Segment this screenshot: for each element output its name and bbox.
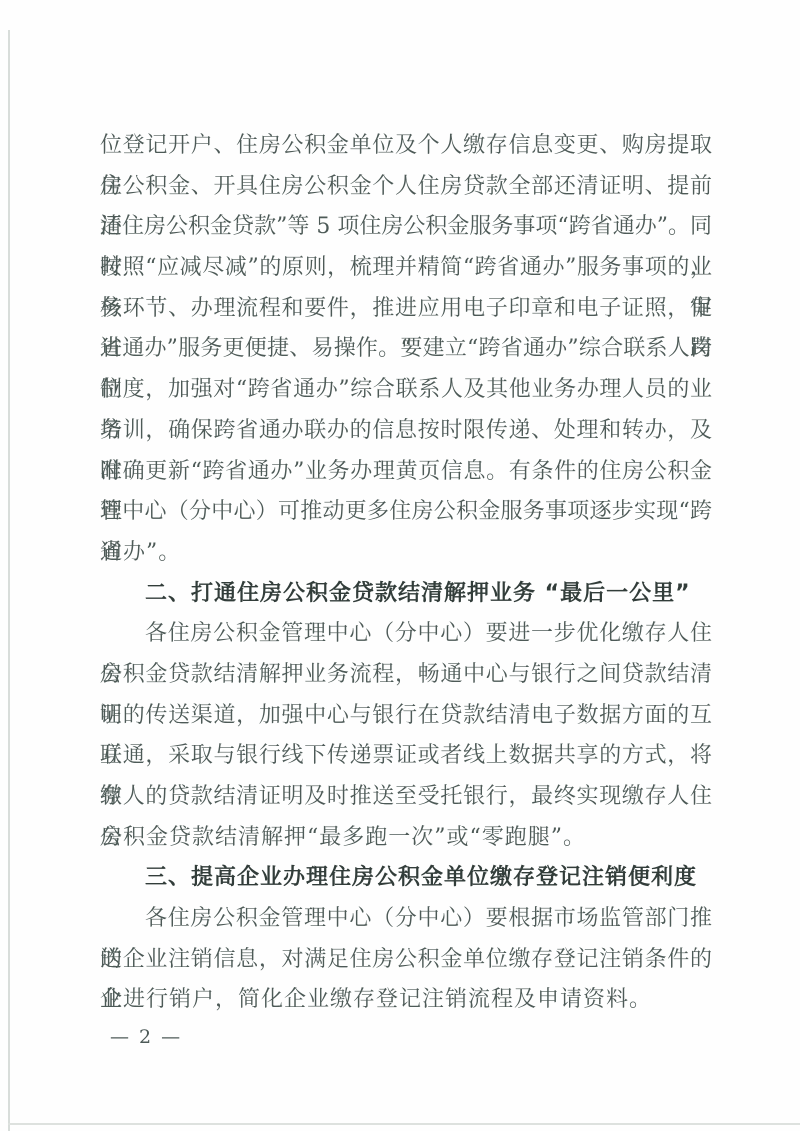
body-line: 各住房公积金管理中心（分中心）要进一步优化缴存人住房 [100,614,712,655]
body-line: 存人的贷款结清证明及时推送至受托银行，最终实现缴存人住房 [100,777,712,818]
body-line: 位登记开户、住房公积金单位及个人缴存信息变更、购房提取住 [100,126,712,167]
body-line: 省通办”服务更便捷、易操作。要建立“跨省通办”综合联系人岗位 [100,329,712,370]
document-page: 位登记开户、住房公积金单位及个人缴存信息变更、购房提取住 房公积金、开具住房公积… [0,0,800,1131]
body-line: 房公积金、开具住房公积金个人住房贷款全部还清证明、提前还 [100,167,712,208]
body-line: 培训，确保跨省通办联办的信息按时限传递、处理和转办，及时 [100,411,712,452]
body-line: 准确更新“跨省通办”业务办理黄页信息。有条件的住房公积金管 [100,452,712,493]
body-line: 明的传送渠道，加强中心与银行在贷款结清电子数据方面的互联 [100,696,712,737]
body-line: 通办”。 [100,533,712,574]
body-line: 理中心（分中心）可推动更多住房公积金服务事项逐步实现“跨省 [100,492,712,533]
body-line: 的企业注销信息，对满足住房公积金单位缴存登记注销条件的企 [100,940,712,981]
body-line: 清住房公积金贷款”等 5 项住房公积金服务事项“跨省通办”。同时， [100,207,712,248]
page-number: — 2 — [110,1022,182,1052]
body-line: 业进行销户，简化企业缴存登记注销流程及申请资料。 [100,980,712,1021]
body-line: 制度，加强对“跨省通办”综合联系人及其他业务办理人员的业务 [100,370,712,411]
document-body: 位登记开户、住房公积金单位及个人缴存信息变更、购房提取住 房公积金、开具住房公积… [100,126,712,1021]
body-line: 公积金贷款结清解押业务流程，畅通中心与银行之间贷款结清证 [100,655,712,696]
body-line: 按照“应减尽减”的原则，梳理并精简“跨省通办”服务事项的业务审 [100,248,712,289]
body-line: 公积金贷款结清解押“最多跑一次”或“零跑腿”。 [100,818,712,859]
body-line: 互通，采取与银行线下传递票证或者线上数据共享的方式，将缴 [100,736,712,777]
scan-edge-left [8,30,10,1131]
scan-edge-bottom [8,1123,800,1125]
section-heading: 三、提高企业办理住房公积金单位缴存登记注销便利度 [100,858,712,899]
section-heading: 二、打通住房公积金贷款结清解押业务 “最后一公里” [100,574,712,615]
body-line: 各住房公积金管理中心（分中心）要根据市场监管部门推送 [100,899,712,940]
body-line: 核环节、办理流程和要件，推进应用电子印章和电子证照，促进“跨 [100,289,712,330]
